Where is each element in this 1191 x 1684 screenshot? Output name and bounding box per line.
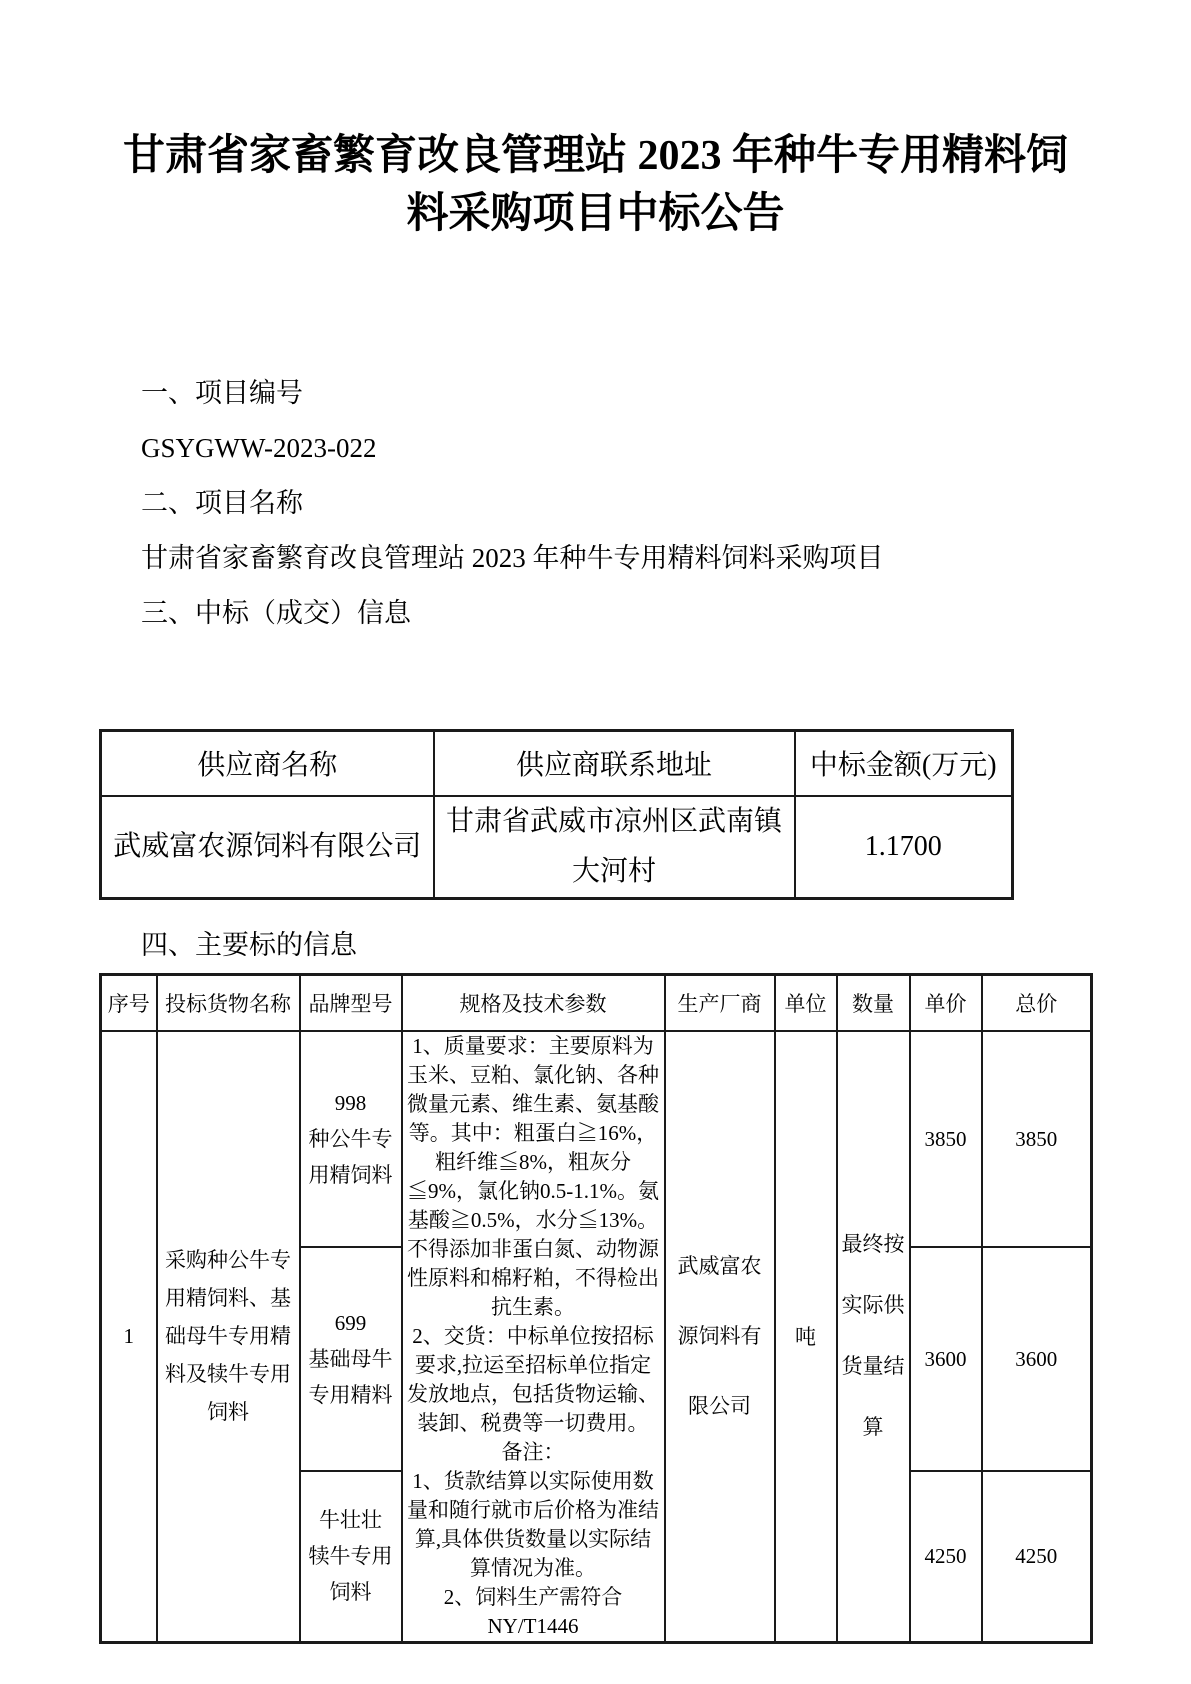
project-name: 甘肃省家畜繁育改良管理站 2023 年种牛专用精料饲料采购项目 [141, 531, 1101, 586]
brand-nzz-total-price: 4250 [982, 1471, 1092, 1642]
spec-paragraph-remark-label: 备注： [405, 1438, 662, 1467]
document-title: 甘肃省家畜繁育改良管理站 2023 年种牛专用精料饲料采购项目中标公告 [116, 0, 1076, 244]
brand-998-unit-price: 3850 [910, 1031, 982, 1247]
spec-paragraph-remark-2: 2、饲料生产需符合 NY/T1446 [405, 1583, 662, 1641]
spec-paragraph-delivery: 2、交货：中标单位按招标要求,拉运至招标单位指定发放地点，包括货物运输、装卸、税… [405, 1322, 662, 1438]
brand-699-model: 699 [303, 1305, 399, 1341]
award-amount: 1.1700 [795, 796, 1013, 899]
item-quantity: 最终按实际供货量结算 [837, 1031, 910, 1643]
brand-nzz-unit-price: 4250 [910, 1471, 982, 1642]
items-header-unit: 单位 [775, 974, 837, 1031]
brand-998-name: 种公牛专用精饲料 [303, 1121, 399, 1193]
award-info-table: 供应商名称 供应商联系地址 中标金额(万元) 武威富农源饲料有限公司 甘肃省武威… [99, 729, 1014, 900]
award-header-row: 供应商名称 供应商联系地址 中标金额(万元) [101, 730, 1013, 796]
project-number: GSYGWW-2023-022 [141, 421, 1101, 476]
brand-nzz-model: 牛壮壮 [303, 1502, 399, 1538]
items-table: 序号 投标货物名称 品牌型号 规格及技术参数 生产厂商 单位 数量 单价 总价 … [99, 973, 1093, 1644]
section-3-heading: 三、中标（成交）信息 [141, 586, 1101, 641]
brand-998-model: 998 [303, 1085, 399, 1121]
brand-998-total-price: 3850 [982, 1031, 1092, 1247]
items-header-total-price: 总价 [982, 974, 1092, 1031]
brand-699-unit-price: 3600 [910, 1247, 982, 1471]
brand-998-cell: 998 种公牛专用精饲料 [300, 1031, 402, 1247]
award-header-address: 供应商联系地址 [434, 730, 795, 796]
items-header-unit-price: 单价 [910, 974, 982, 1031]
item-serial-number: 1 [101, 1031, 157, 1643]
award-header-supplier: 供应商名称 [101, 730, 434, 796]
spec-paragraph-quality: 1、质量要求：主要原料为玉米、豆粕、氯化钠、各种微量元素、维生素、氨基酸等。其中… [405, 1032, 662, 1322]
brand-699-cell: 699 基础母牛专用精料 [300, 1247, 402, 1471]
award-supplier-name: 武威富农源饲料有限公司 [101, 796, 434, 899]
item-spec-cell: 1、质量要求：主要原料为玉米、豆粕、氯化钠、各种微量元素、维生素、氨基酸等。其中… [402, 1031, 665, 1643]
items-header-quantity: 数量 [837, 974, 910, 1031]
items-row-brand-998: 1 采购种公牛专用精饲料、基础母牛专用精料及犊牛专用饲料 998 种公牛专用精饲… [101, 1031, 1092, 1247]
items-header-row: 序号 投标货物名称 品牌型号 规格及技术参数 生产厂商 单位 数量 单价 总价 [101, 974, 1092, 1031]
section-1-heading: 一、项目编号 [141, 366, 1101, 421]
section-2-heading: 二、项目名称 [141, 476, 1101, 531]
item-goods-name: 采购种公牛专用精饲料、基础母牛专用精料及犊牛专用饲料 [157, 1031, 300, 1643]
items-header-manufacturer: 生产厂商 [665, 974, 775, 1031]
item-manufacturer: 武威富农源饲料有限公司 [665, 1031, 775, 1643]
award-data-row: 武威富农源饲料有限公司 甘肃省武威市凉州区武南镇大河村 1.1700 [101, 796, 1013, 899]
items-header-goods: 投标货物名称 [157, 974, 300, 1031]
brand-nzz-cell: 牛壮壮 犊牛专用饲料 [300, 1471, 402, 1642]
brand-699-total-price: 3600 [982, 1247, 1092, 1471]
section-4-heading: 四、主要标的信息 [141, 918, 1101, 973]
award-header-amount: 中标金额(万元) [795, 730, 1013, 796]
items-header-spec: 规格及技术参数 [402, 974, 665, 1031]
award-supplier-address: 甘肃省武威市凉州区武南镇大河村 [434, 796, 795, 899]
items-header-brand: 品牌型号 [300, 974, 402, 1031]
brand-nzz-name: 犊牛专用饲料 [303, 1538, 399, 1610]
items-header-no: 序号 [101, 974, 157, 1031]
item-unit: 吨 [775, 1031, 837, 1643]
spec-paragraph-remark-1: 1、货款结算以实际使用数量和随行就市后价格为准结算,具体供货数量以实际结算情况为… [405, 1467, 662, 1583]
document-page: 甘肃省家畜繁育改良管理站 2023 年种牛专用精料饲料采购项目中标公告 一、项目… [0, 0, 1191, 1684]
brand-699-name: 基础母牛专用精料 [303, 1341, 399, 1413]
